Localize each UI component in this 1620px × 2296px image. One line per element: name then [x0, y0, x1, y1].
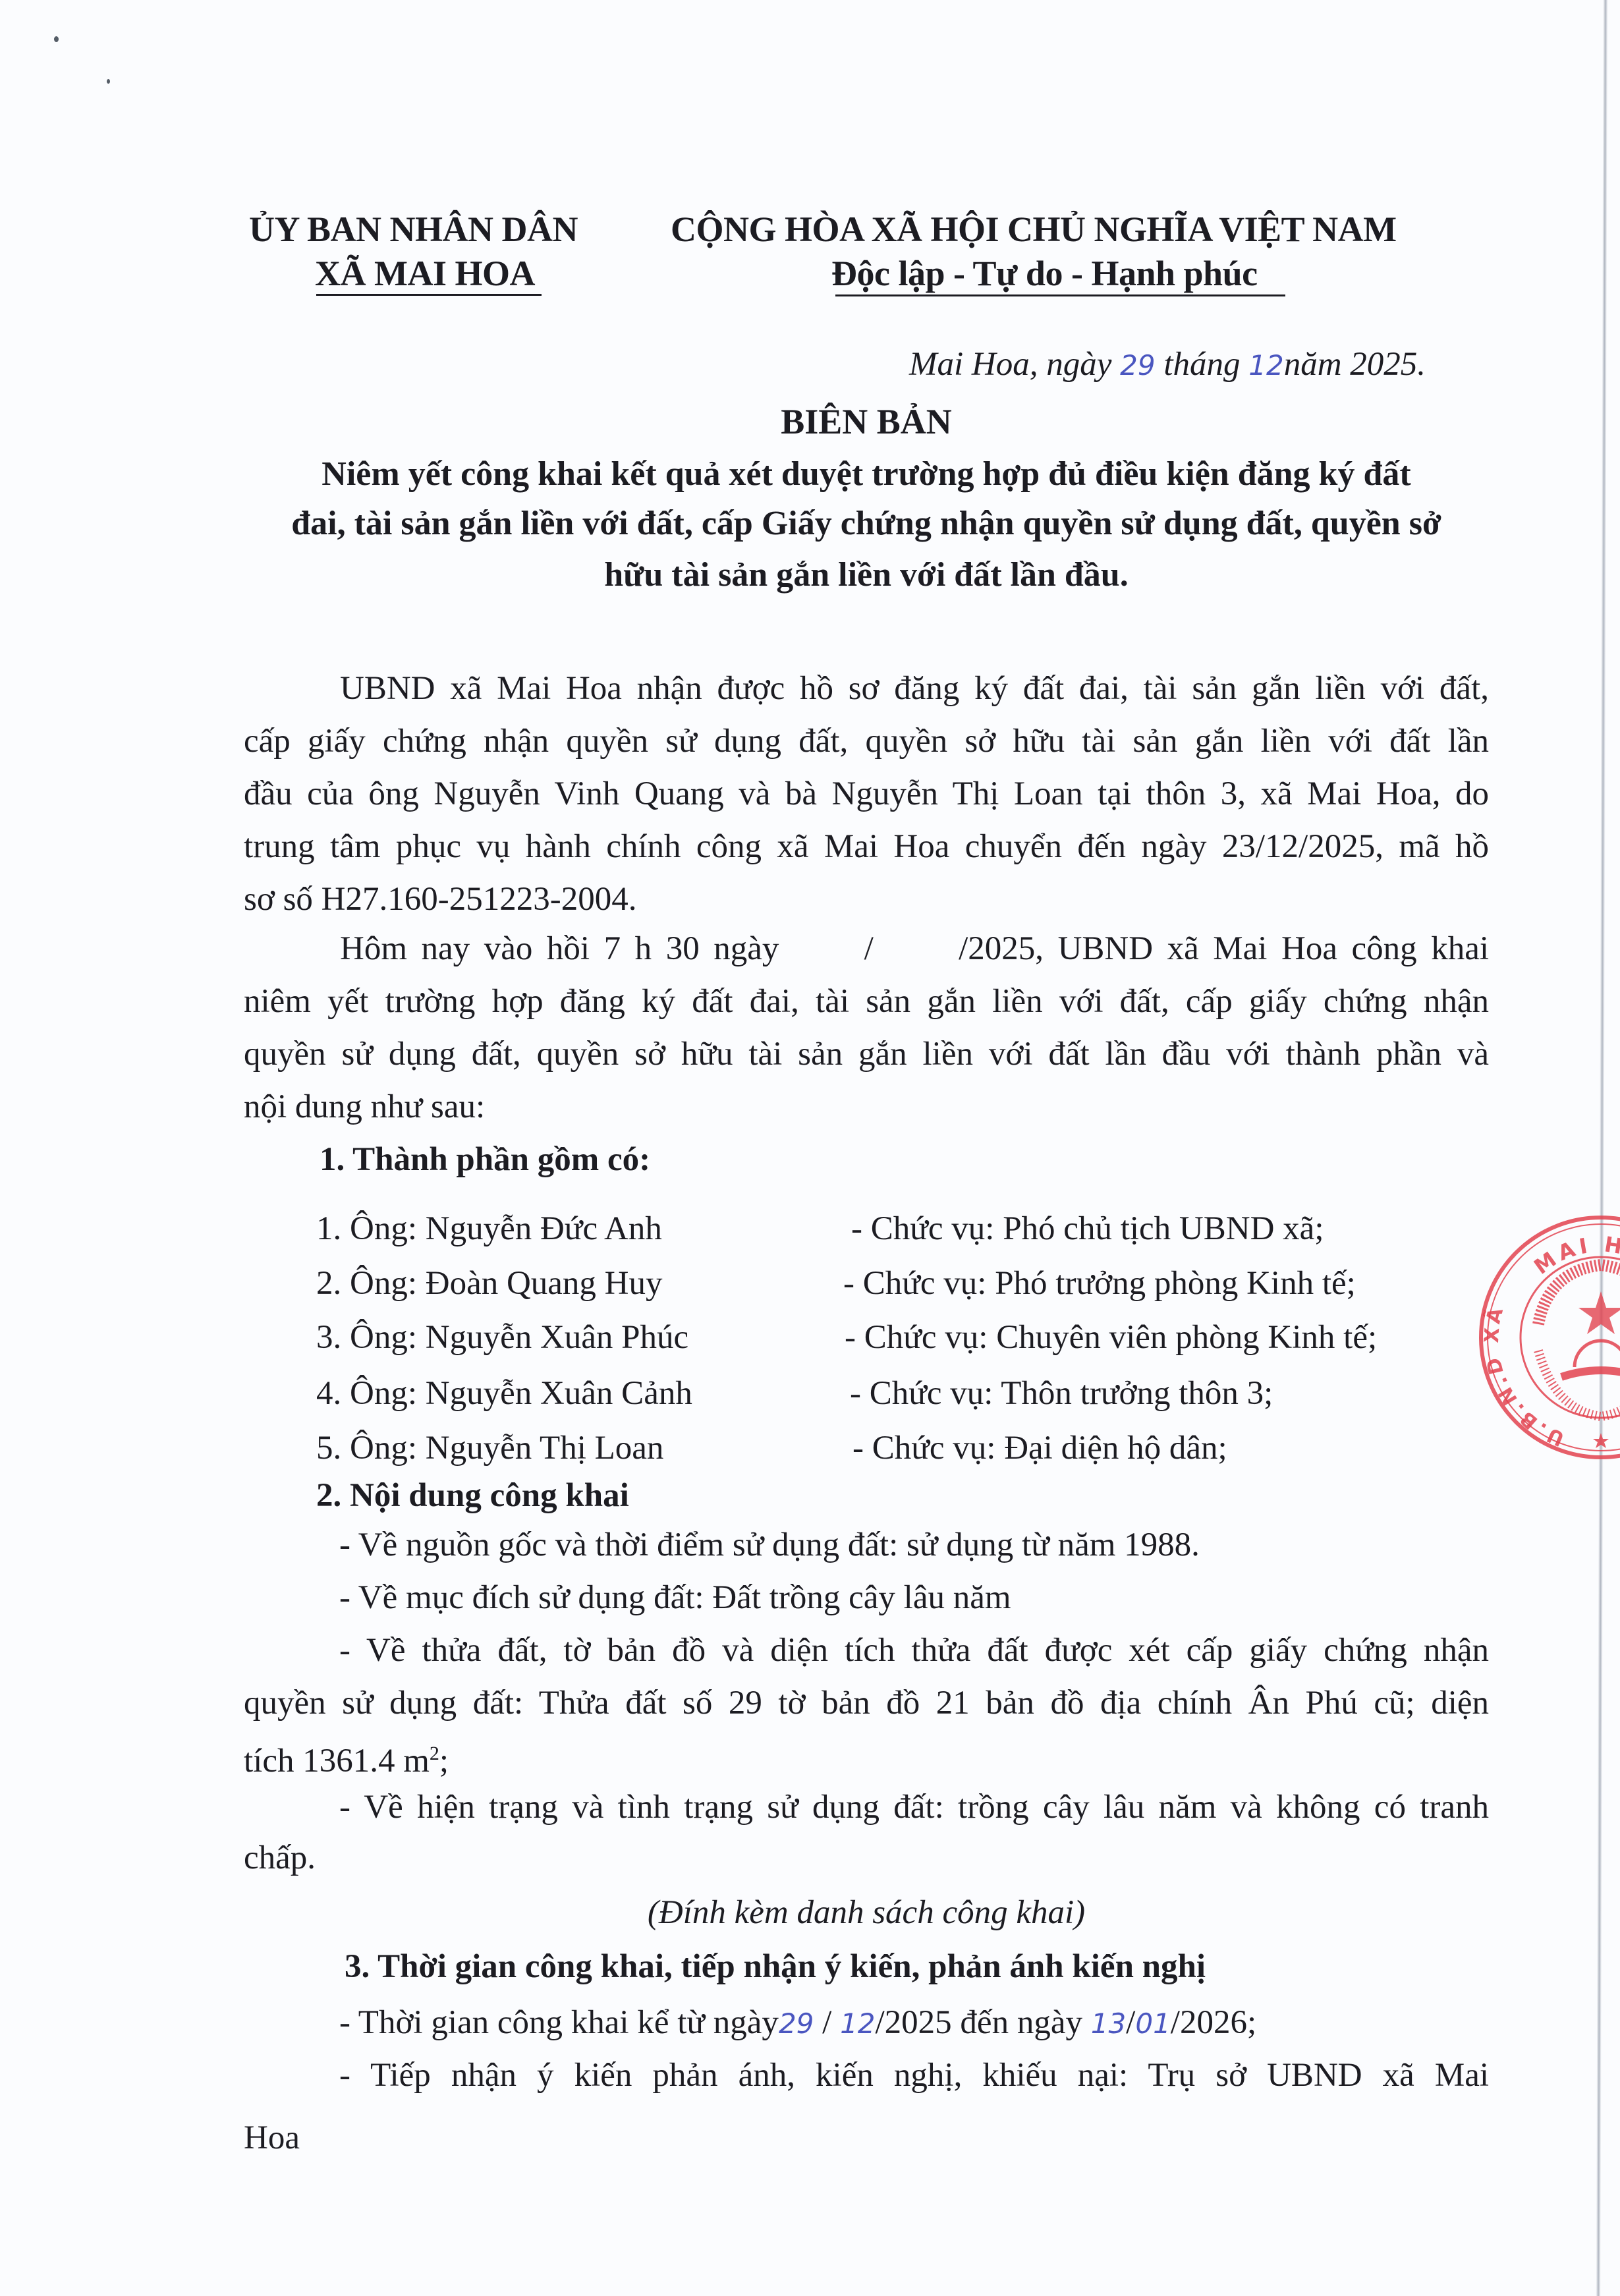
- land-purpose: - Về mục đích sử dụng đất: Đất trồng cây…: [339, 1578, 1011, 1617]
- area-unit-superscript: 2: [430, 1743, 439, 1764]
- section-1-heading: 1. Thành phần gồm có:: [320, 1140, 650, 1179]
- date-month-label: tháng: [1156, 346, 1249, 383]
- document-subtitle-line: hữu tài sản gắn liền với đất lần đầu.: [244, 555, 1489, 595]
- parcel-area-end: ;: [439, 1743, 449, 1779]
- start-year: /2025 đến ngày: [876, 2004, 1091, 2041]
- handwritten-month: 12: [1248, 349, 1283, 381]
- paragraph-1-line: UBND xã Mai Hoa nhận được hồ sơ đăng ký …: [340, 669, 1489, 708]
- paragraph-2-line: Hôm nay vào hồi 7 h 30 ngày / /2025, UBN…: [340, 929, 1489, 968]
- member-role: - Chức vụ: Đại diện hộ dân;: [852, 1428, 1227, 1468]
- handwritten-start-month: 12: [840, 2007, 875, 2040]
- member-name: 1. Ông: Nguyễn Đức Anh: [316, 1209, 662, 1248]
- paragraph-2-line: nội dung như sau:: [244, 1087, 485, 1127]
- handwritten-end-day: 13: [1091, 2007, 1126, 2040]
- stamp-top-text: MAI HOA: [1529, 1231, 1620, 1279]
- parcel-info-line: - Về thửa đất, tờ bản đồ và diện tích th…: [339, 1631, 1489, 1670]
- parcel-info-line: quyền sử dụng đất: Thửa đất số 29 tờ bản…: [244, 1683, 1489, 1723]
- document-subtitle-line: Niêm yết công khai kết quả xét duyệt trư…: [244, 455, 1489, 494]
- attachment-note: (Đính kèm danh sách công khai): [244, 1893, 1489, 1932]
- member-name: 5. Ông: Nguyễn Thị Loan: [316, 1428, 663, 1468]
- paragraph-1-line: sơ số H27.160-251223-2004.: [244, 880, 636, 919]
- parcel-area-value: tích 1361.4 m: [244, 1743, 430, 1779]
- section-3-heading: 3. Thời gian công khai, tiếp nhận ý kiến…: [345, 1947, 1206, 1986]
- date-prefix: Mai Hoa, ngày: [909, 346, 1120, 383]
- scan-speck: [54, 36, 59, 42]
- feedback-location-line: Hoa: [244, 2118, 300, 2158]
- feedback-location-line: - Tiếp nhận ý kiến phản ánh, kiến nghị, …: [339, 2056, 1489, 2095]
- end-year: /2026;: [1171, 2004, 1256, 2041]
- scan-edge-line: [1596, 0, 1608, 2296]
- start-sep: /: [814, 2004, 840, 2041]
- member-role: - Chức vụ: Phó chủ tịch UBND xã;: [851, 1209, 1324, 1248]
- document-title: BIÊN BẢN: [244, 402, 1489, 441]
- member-role: - Chức vụ: Phó trưởng phòng Kinh tế;: [843, 1264, 1356, 1303]
- paragraph-1-line: đầu của ông Nguyễn Vinh Quang và bà Nguy…: [244, 774, 1489, 814]
- member-name: 4. Ông: Nguyễn Xuân Cảnh: [316, 1374, 692, 1413]
- land-origin: - Về nguồn gốc và thời điểm sử dụng đất:…: [339, 1525, 1200, 1565]
- paragraph-2-line: quyền sử dụng đất, quyền sở hữu tài sản …: [244, 1034, 1489, 1074]
- stamp-left-text: U.B.N.D XÃ: [1480, 1302, 1568, 1450]
- section-2-heading: 2. Nội dung công khai: [316, 1476, 629, 1515]
- public-period: - Thời gian công khai kể từ ngày29 / 12/…: [339, 2003, 1256, 2044]
- svg-text:U.B.N.D XÃ: U.B.N.D XÃ: [1480, 1302, 1568, 1450]
- document-subtitle-line: đai, tài sản gắn liền với đất, cấp Giấy …: [244, 504, 1489, 544]
- member-role: - Chức vụ: Chuyên viên phòng Kinh tế;: [845, 1318, 1377, 1357]
- scan-speck: [107, 79, 110, 84]
- handwritten-end-month: 01: [1135, 2007, 1170, 2040]
- svg-text:MAI HOA: MAI HOA: [1529, 1231, 1620, 1279]
- handwritten-day: 29: [1120, 349, 1155, 381]
- land-status-line: - Về hiện trạng và tình trạng sử dụng đấ…: [339, 1787, 1489, 1827]
- period-prefix: - Thời gian công khai kể từ ngày: [339, 2004, 779, 2041]
- commune-name: XÃ MAI HOA: [315, 254, 535, 293]
- date-line: Mai Hoa, ngày 29 tháng 12năm 2025.: [909, 345, 1426, 385]
- member-name: 2. Ông: Đoàn Quang Huy: [316, 1264, 663, 1303]
- national-motto: Độc lập - Tự do - Hạnh phúc: [831, 254, 1258, 293]
- member-name: 3. Ông: Nguyễn Xuân Phúc: [316, 1318, 688, 1357]
- motto-underline: [835, 294, 1285, 296]
- parcel-area: tích 1361.4 m2;: [244, 1734, 449, 1781]
- date-suffix: năm 2025.: [1284, 346, 1426, 383]
- commune-underline: [316, 294, 542, 296]
- member-role: - Chức vụ: Thôn trưởng thôn 3;: [850, 1374, 1273, 1413]
- country-name: CỘNG HÒA XÃ HỘI CHỦ NGHĨA VIỆT NAM: [671, 210, 1397, 249]
- paragraph-2-line: niêm yết trường hợp đăng ký đất đai, tài…: [244, 982, 1489, 1021]
- agency-name: ỦY BAN NHÂN DÂN: [249, 210, 578, 249]
- end-sep: /: [1126, 2004, 1135, 2041]
- land-status-line: chấp.: [244, 1838, 316, 1878]
- handwritten-start-day: 29: [779, 2007, 814, 2040]
- paragraph-1-line: cấp giấy chứng nhận quyền sử dụng đất, q…: [244, 721, 1489, 761]
- paragraph-1-line: trung tâm phục vụ hành chính công xã Mai…: [244, 827, 1489, 866]
